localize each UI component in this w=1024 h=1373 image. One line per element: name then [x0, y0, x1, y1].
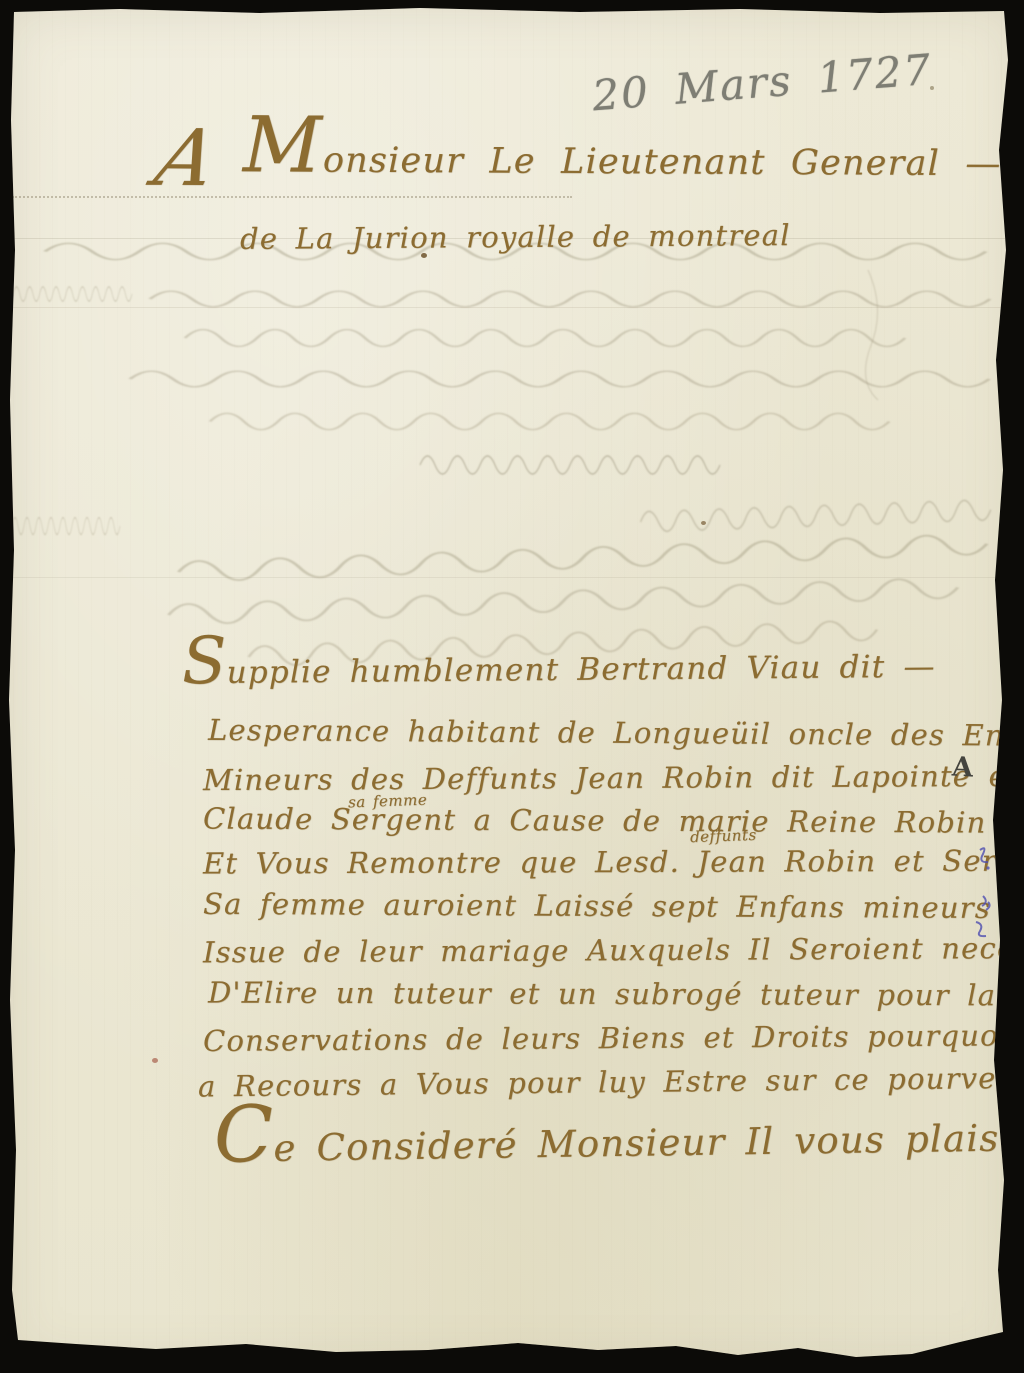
manuscript-page: 20 Mars 1727 A Monsieur Le Lieutenant Ge…	[0, 0, 1024, 1373]
scanned-manuscript: 20 Mars 1727 A Monsieur Le Lieutenant Ge…	[0, 0, 1024, 1373]
blue-ink-marks	[0, 0, 1024, 1373]
